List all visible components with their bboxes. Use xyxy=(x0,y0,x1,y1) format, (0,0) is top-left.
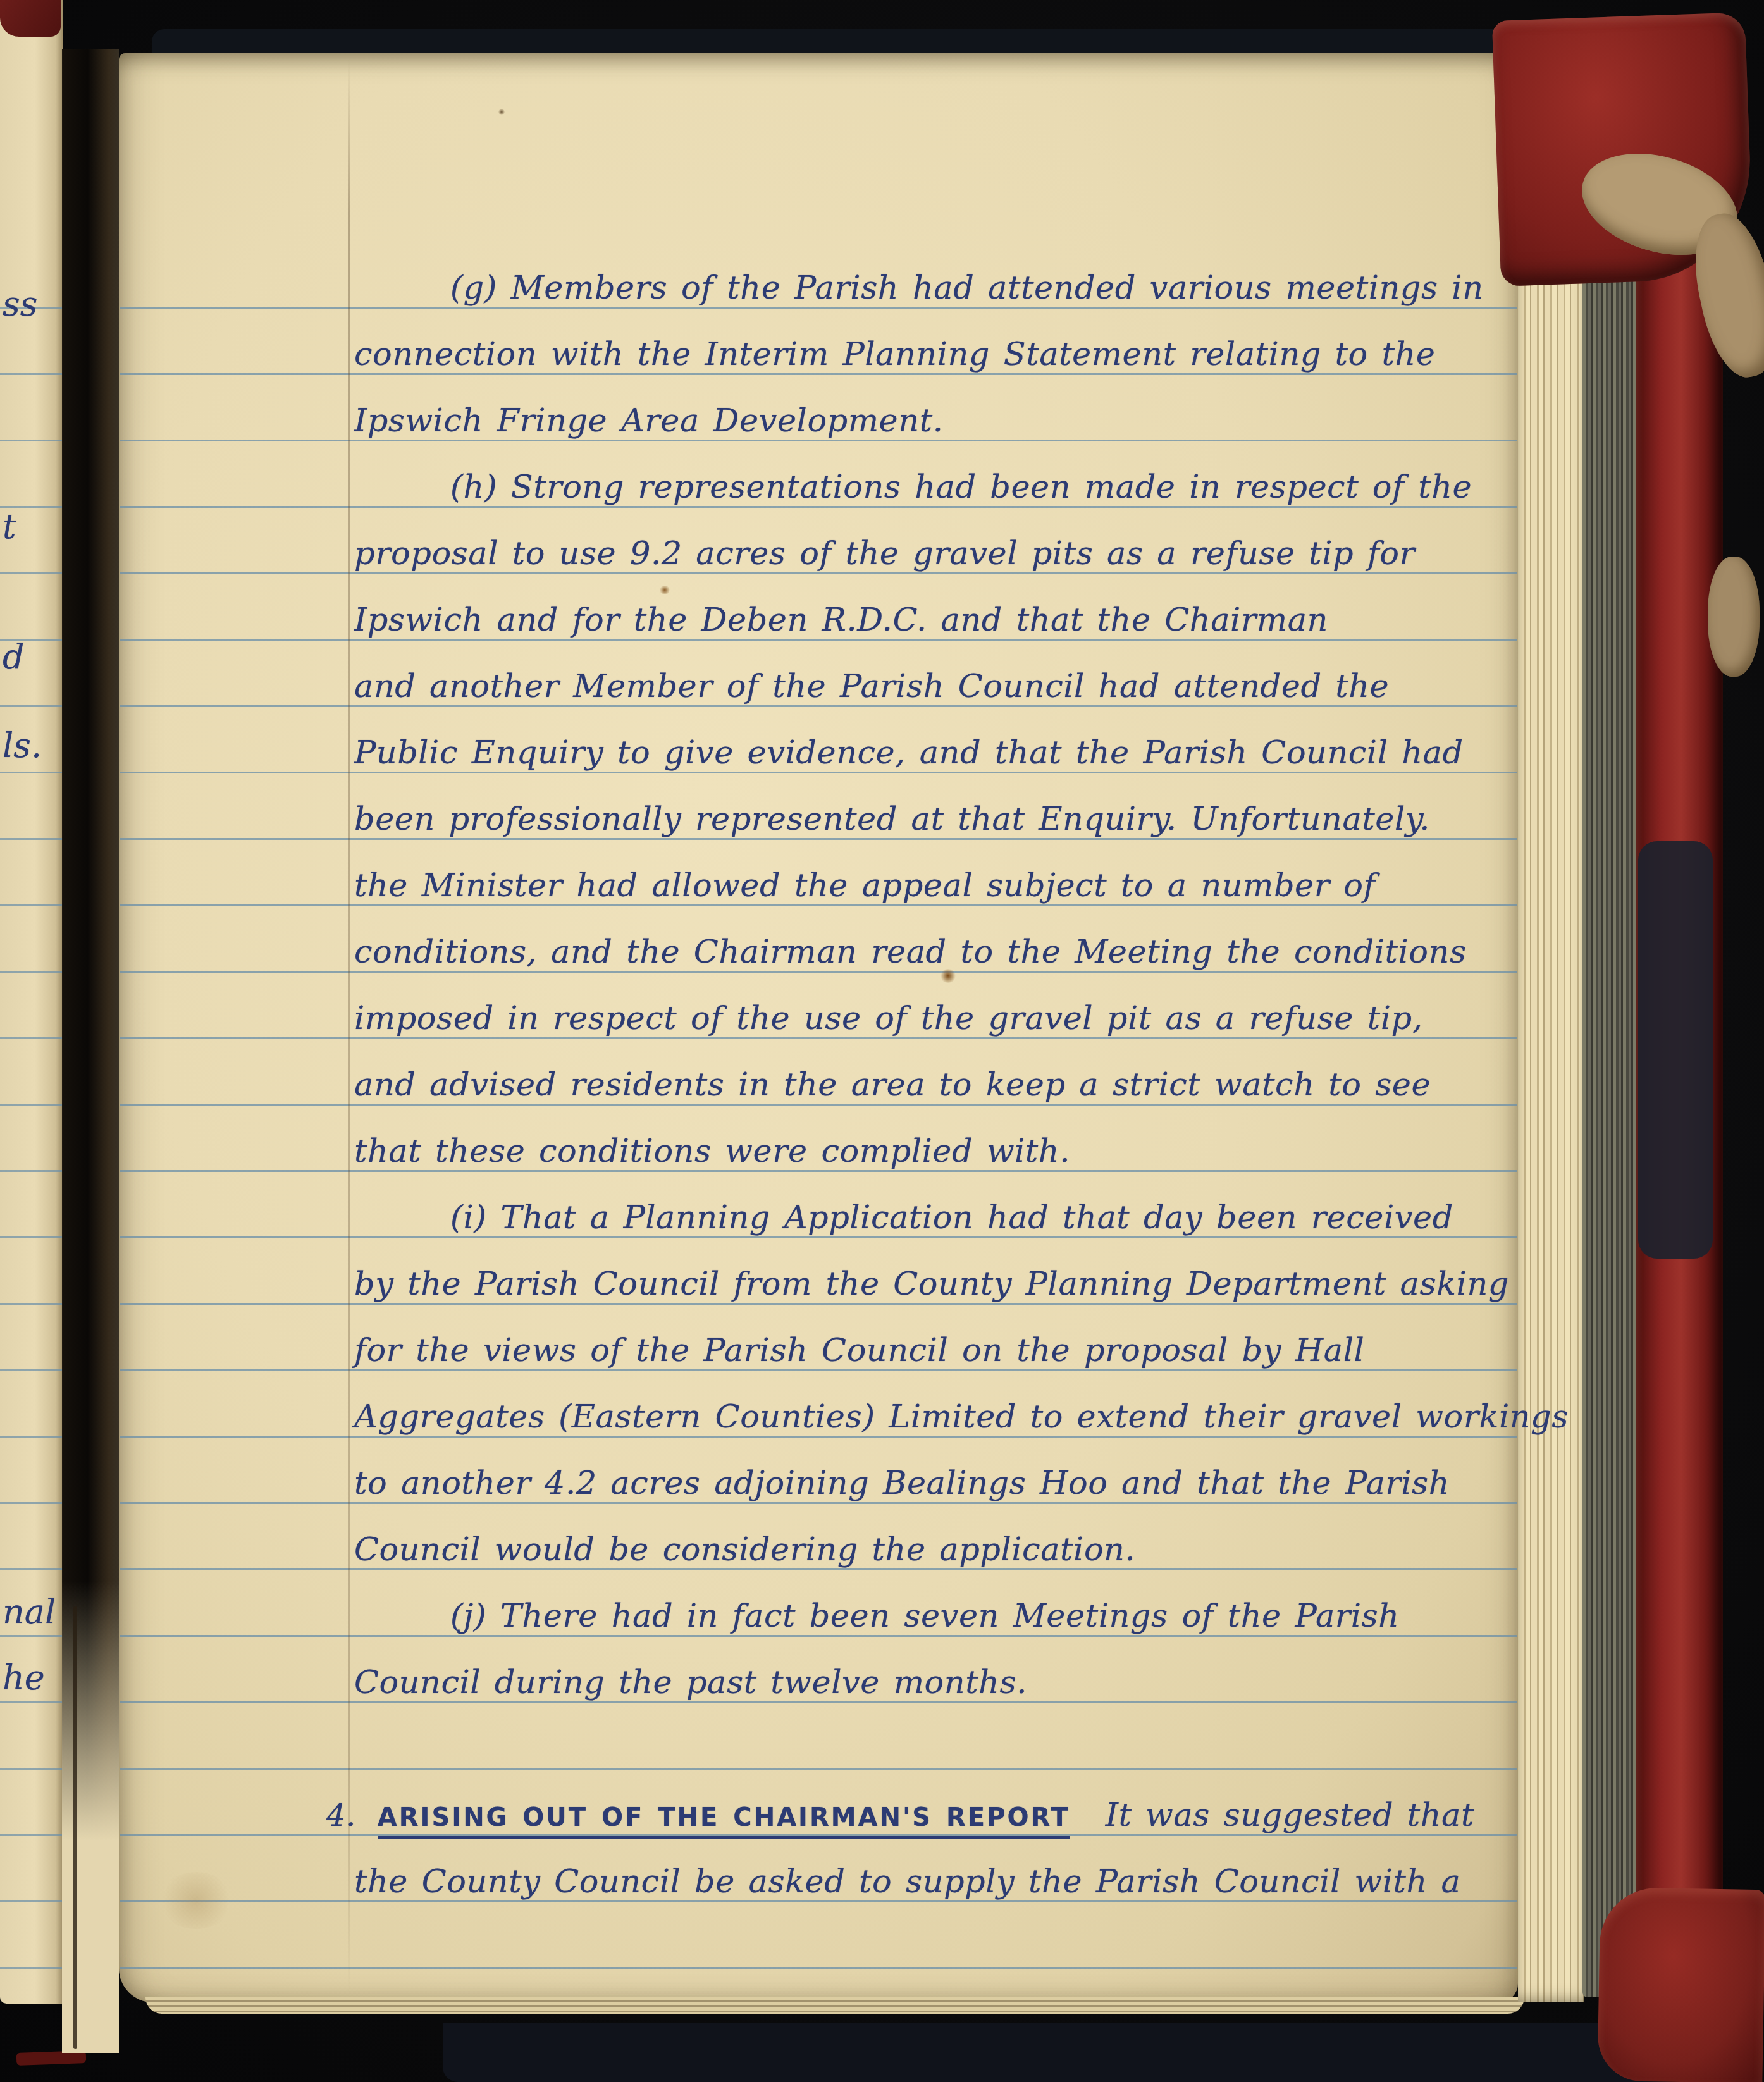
facing-page-text-fragment: ss xyxy=(3,283,62,325)
frayed-binding-cloth xyxy=(1708,557,1760,677)
paper-stain xyxy=(158,1872,234,1929)
handwritten-line: to another 4.2 acres adjoining Bealings … xyxy=(354,1463,1450,1505)
paper-stain xyxy=(498,109,505,115)
book-gutter-lower xyxy=(62,1581,119,2053)
binding-dark-patch xyxy=(1638,841,1713,1259)
leather-corner-bottom-right xyxy=(1597,1887,1764,2082)
minute-heading-underlined: ARISING OUT OF THE CHAIRMAN'S REPORT xyxy=(378,1803,1070,1839)
page-stack-bottom-edge xyxy=(145,1997,1524,2014)
minute-heading-line: 4.ARISING OUT OF THE CHAIRMAN'S REPORTIt… xyxy=(326,1795,1474,1837)
handwritten-line: for the views of the Parish Council on t… xyxy=(354,1330,1364,1372)
book-cover-bottom-edge xyxy=(443,2023,1682,2082)
facing-page-text-fragment: d xyxy=(3,636,62,678)
handwritten-line: proposal to use 9.2 acres of the gravel … xyxy=(354,533,1415,575)
book-gutter-crease xyxy=(73,1606,77,2049)
handwritten-line: Council would be considering the applica… xyxy=(354,1529,1135,1571)
facing-page-text-fragment: t xyxy=(3,506,62,548)
handwritten-line: (h) Strong representations had been made… xyxy=(354,467,1472,508)
handwritten-line: imposed in respect of the use of the gra… xyxy=(354,998,1422,1040)
minute-item-number: 4. xyxy=(326,1798,356,1833)
handwritten-line: Aggregates (Eastern Counties) Limited to… xyxy=(354,1396,1569,1438)
handwritten-line: (g) Members of the Parish had attended v… xyxy=(354,268,1484,309)
notebook-photo: (g) Members of the Parish had attended v… xyxy=(0,0,1764,2082)
handwritten-line: been professionally represented at that … xyxy=(354,799,1430,841)
handwritten-line: the Minister had allowed the appeal subj… xyxy=(354,865,1376,907)
handwritten-line: the County Council be asked to supply th… xyxy=(354,1861,1460,1903)
handwritten-line: conditions, and the Chairman read to the… xyxy=(354,932,1467,973)
handwritten-line: and advised residents in the area to kee… xyxy=(354,1064,1431,1106)
minute-heading-rest: It was suggested that xyxy=(1106,1797,1474,1834)
page-stack-right-edge xyxy=(1518,57,1584,2002)
leather-corner-top-left xyxy=(0,0,61,37)
handwritten-line: that these conditions were complied with… xyxy=(354,1131,1070,1173)
facing-page-ruled-lines xyxy=(0,307,63,2014)
handwritten-line: Ipswich and for the Deben R.D.C. and tha… xyxy=(354,600,1328,641)
margin-crease-line xyxy=(348,58,350,1993)
handwritten-line: connection with the Interim Planning Sta… xyxy=(354,334,1436,376)
facing-page-text-fragment: nal xyxy=(3,1591,62,1633)
facing-page-text-fragment: ls. xyxy=(3,725,62,767)
handwritten-line: (i) That a Planning Application had that… xyxy=(354,1197,1453,1239)
handwritten-line: (j) There had in fact been seven Meeting… xyxy=(354,1596,1400,1637)
handwritten-line: by the Parish Council from the County Pl… xyxy=(354,1264,1509,1305)
handwritten-line: Public Enquiry to give evidence, and tha… xyxy=(354,732,1464,774)
page-stack-shaded-edge xyxy=(1582,75,1637,1997)
facing-page-text-fragment: he xyxy=(3,1657,62,1699)
paper-stain xyxy=(659,586,670,594)
handwritten-line: Council during the past twelve months. xyxy=(354,1662,1027,1704)
handwritten-line: and another Member of the Parish Council… xyxy=(354,666,1389,708)
handwritten-line: Ipswich Fringe Area Development. xyxy=(354,400,943,442)
